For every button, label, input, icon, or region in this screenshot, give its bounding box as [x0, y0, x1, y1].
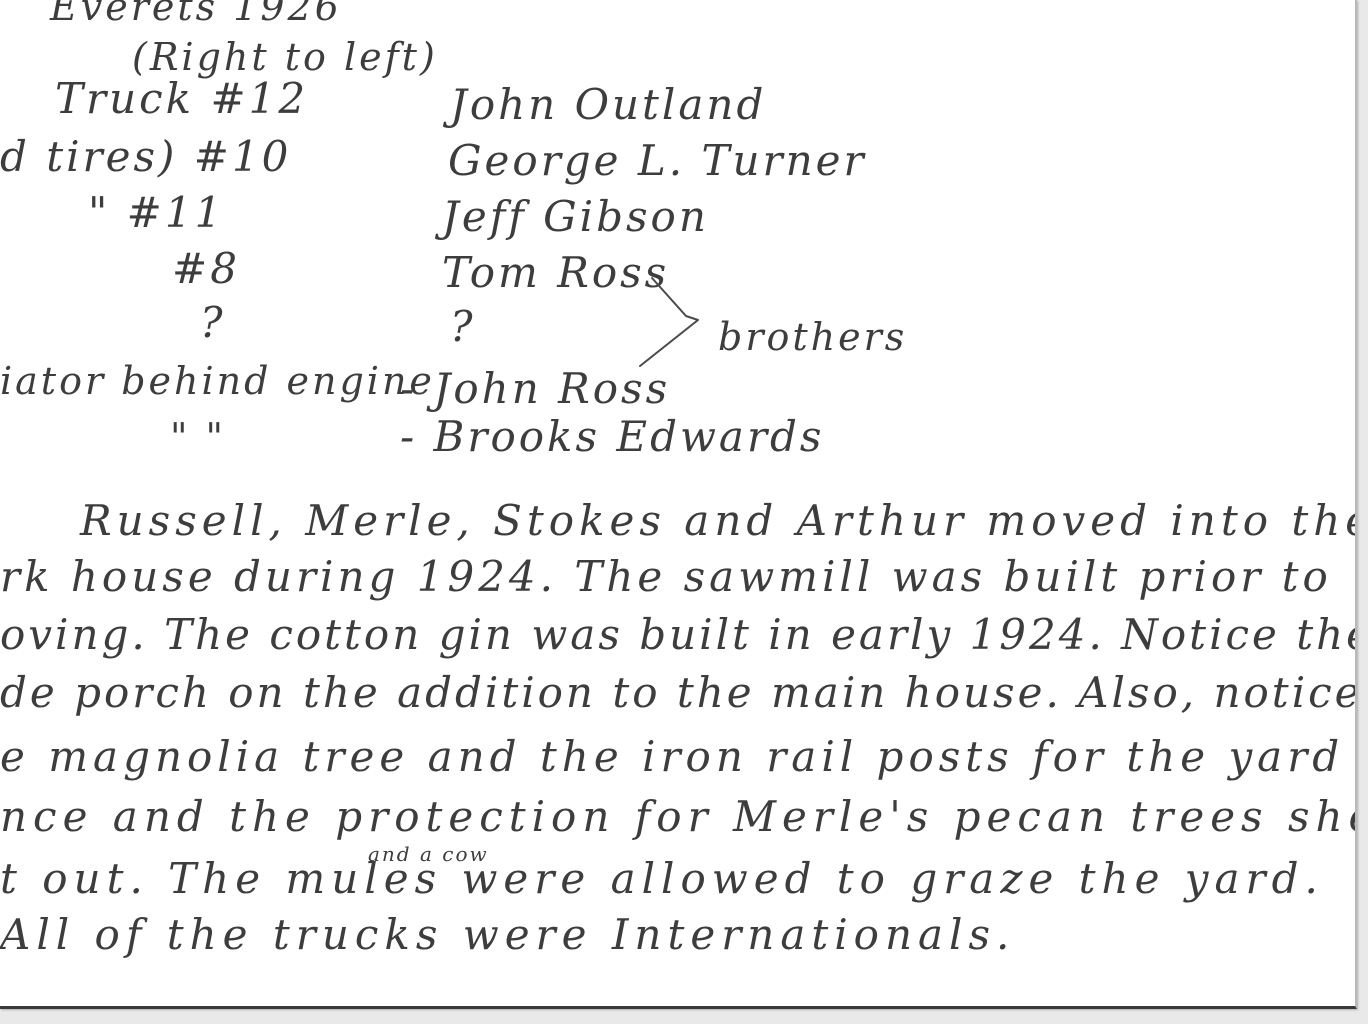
- truck-label: #8: [172, 248, 240, 290]
- truck-label: d tires) #10: [0, 136, 291, 178]
- driver-name: ?: [450, 306, 476, 348]
- brace-icon: [630, 272, 710, 372]
- truck-label: iator behind engine: [0, 362, 435, 400]
- paragraph-line: All of the trucks were Internationals.: [0, 914, 1015, 956]
- driver-name: Jeff Gibson: [442, 196, 709, 238]
- paragraph-line: Russell, Merle, Stokes and Arthur moved …: [80, 500, 1357, 542]
- paragraph-line: rk house during 1924. The sawmill was bu…: [0, 556, 1332, 598]
- header-title: Everets 1926: [50, 0, 342, 26]
- paragraph-line: oving. The cotton gin was built in early…: [0, 614, 1357, 656]
- paragraph-line: e magnolia tree and the iron rail posts …: [0, 736, 1344, 778]
- paragraph-line: t out. The mules were allowed to graze t…: [0, 858, 1324, 900]
- paragraph-line: de porch on the addition to the main hou…: [0, 672, 1357, 714]
- driver-name: - Brooks Edwards: [400, 416, 824, 458]
- truck-label: ?: [200, 302, 226, 344]
- header-subtitle: (Right to left): [132, 38, 438, 76]
- truck-label: " #11: [88, 192, 224, 234]
- handwritten-page: Everets 1926 (Right to left) Truck #12 d…: [0, 0, 1357, 1009]
- driver-name: John Outland: [450, 84, 766, 126]
- paragraph-line: nce and the protection for Merle's pecan…: [0, 796, 1357, 838]
- truck-label: " ": [170, 418, 226, 456]
- brothers-note: brothers: [718, 318, 907, 356]
- driver-name: George L. Turner: [448, 140, 867, 182]
- truck-label: Truck #12: [55, 78, 308, 120]
- driver-name: - John Ross: [400, 368, 670, 410]
